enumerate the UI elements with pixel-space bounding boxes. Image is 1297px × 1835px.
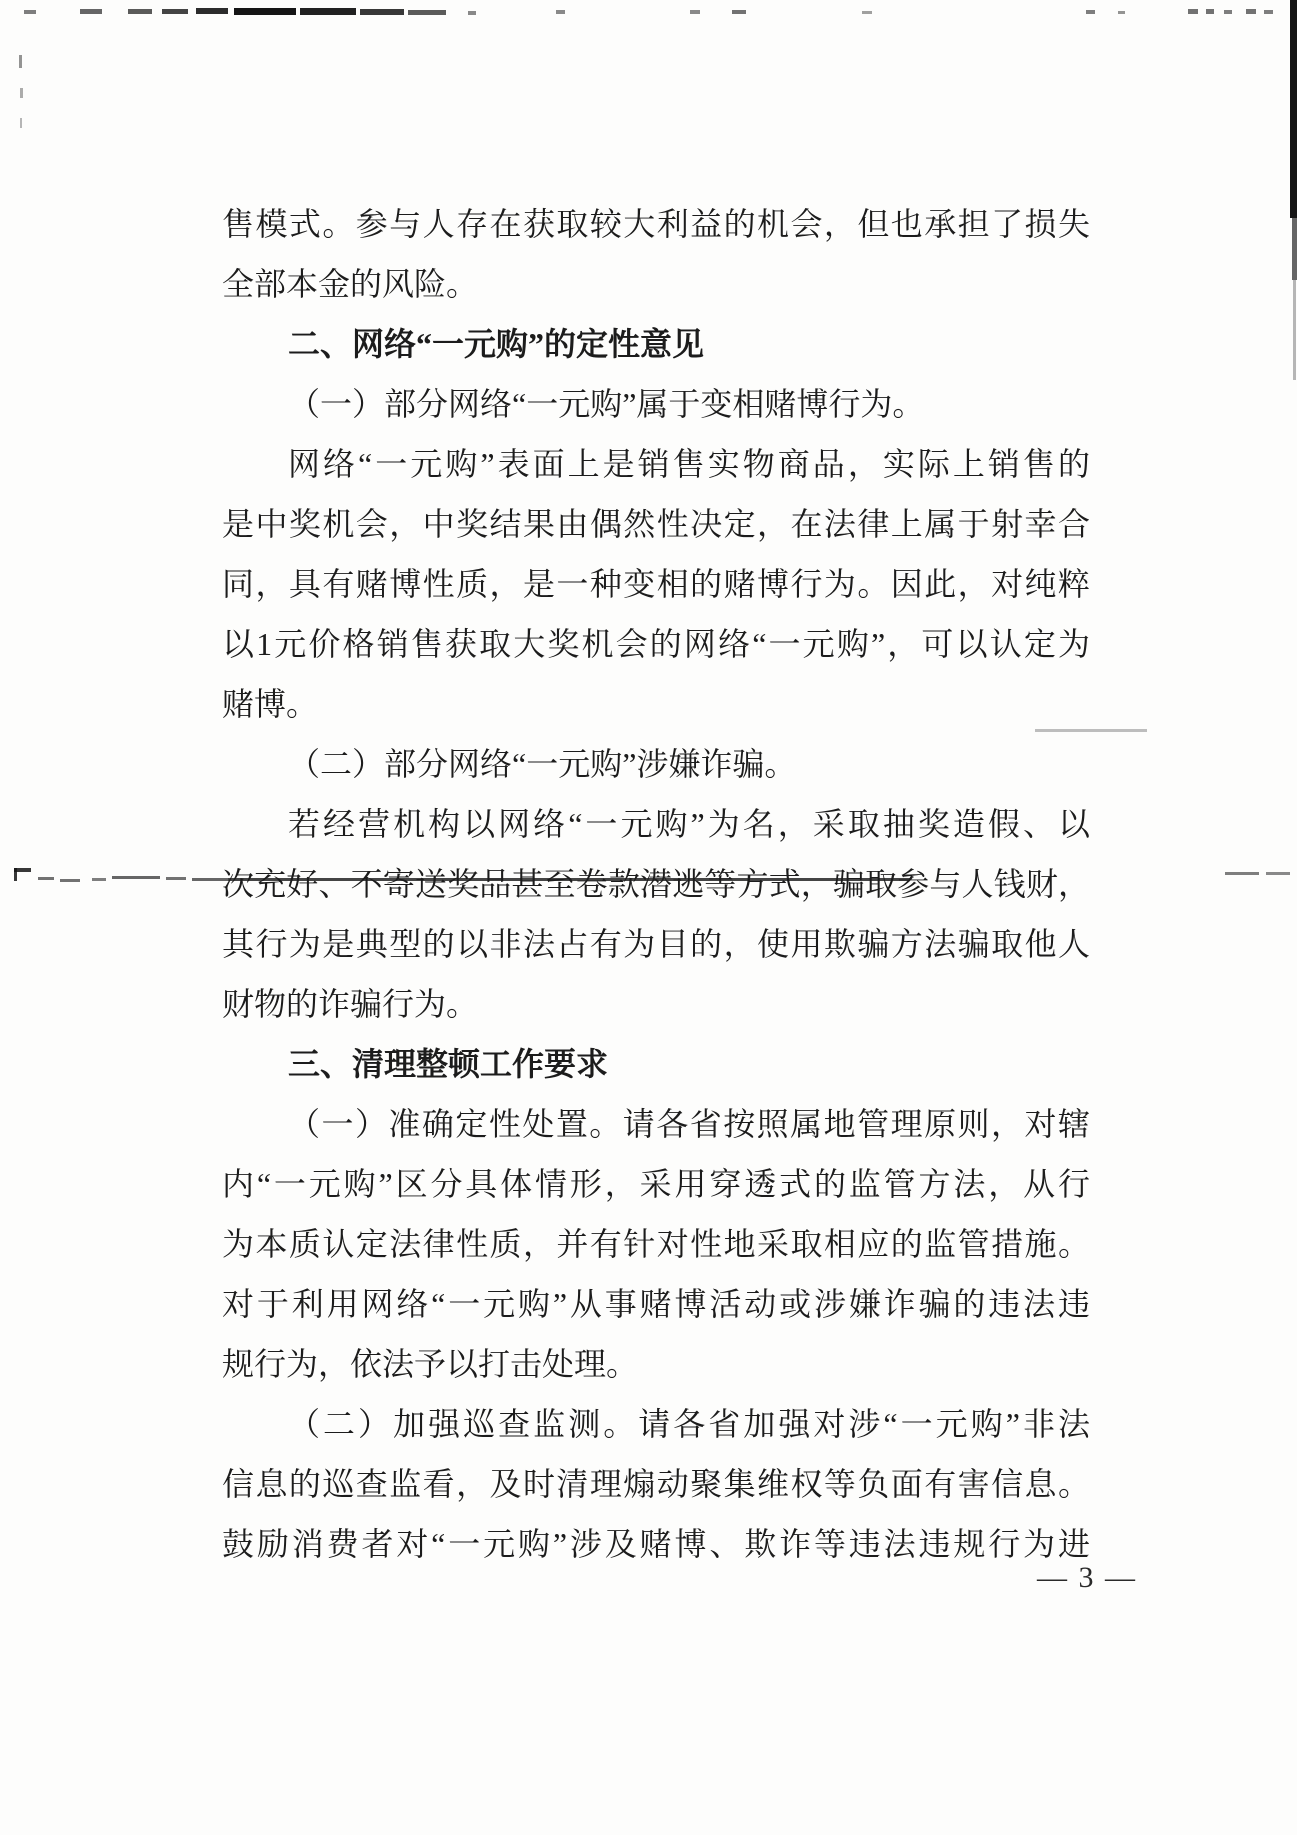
document-body: 售模式。参与人存在获取较大利益的机会，但也承担了损失全部本金的风险。二、网络“一…: [222, 194, 1090, 1574]
scan-artifact-top-dash: [1224, 10, 1232, 14]
text-line: 鼓励消费者对“一元购”涉及赌博、欺诈等违法违规行为进: [222, 1514, 1090, 1574]
scan-artifact-top-dash: [1206, 9, 1214, 14]
text-line: 若经营机构以网络“一元购”为名，采取抽奖造假、以: [222, 794, 1090, 854]
scan-artifact-top-dash: [234, 8, 296, 15]
text-line: （一）部分网络“一元购”属于变相赌博行为。: [222, 374, 1090, 434]
text-line: 以1元价格销售获取大奖机会的网络“一元购”，可以认定为: [222, 614, 1090, 674]
scan-artifact-left-tick: [19, 55, 22, 68]
text-line: 规行为，依法予以打击处理。: [222, 1334, 1090, 1394]
scan-artifact-strike-line: [166, 877, 186, 880]
scan-artifact-top-dash: [80, 9, 102, 14]
scan-artifact-top-dash: [24, 10, 36, 14]
scan-artifact-strike-line: [92, 878, 106, 881]
text-line: 是中奖机会，中奖结果由偶然性决定，在法律上属于射幸合: [222, 494, 1090, 554]
text-line: （二）加强巡查监测。请各省加强对涉“一元购”非法: [222, 1394, 1090, 1454]
scan-artifact-top-dash: [408, 10, 446, 15]
page-number: — 3 —: [1022, 1556, 1152, 1600]
text-line: 其行为是典型的以非法占有为目的，使用欺骗方法骗取他人: [222, 914, 1090, 974]
scan-artifact-strike-line: [14, 868, 17, 881]
text-line: 次充好、不寄送奖品甚至卷款潜逃等方式，骗取参与人钱财，: [222, 854, 1090, 914]
scan-artifact-left-tick: [20, 88, 23, 98]
text-line: 赌博。: [222, 674, 1090, 734]
scan-artifact-top-dash: [300, 8, 356, 15]
text-line: 售模式。参与人存在获取较大利益的机会，但也承担了损失: [222, 194, 1090, 254]
scan-artifact-strike-line: [1225, 872, 1259, 875]
scan-artifact-top-dash: [1118, 11, 1125, 14]
scan-artifact-strike-line: [38, 877, 54, 880]
scan-artifact-top-dash: [1264, 10, 1273, 14]
scan-artifact-right-bar: [1290, 0, 1297, 218]
scan-artifact-strike-line: [1266, 872, 1290, 875]
scan-artifact-strike-line: [60, 879, 80, 882]
text-line: 全部本金的风险。: [222, 254, 1090, 314]
text-line: 三、清理整顿工作要求: [222, 1034, 1090, 1094]
text-line: 为本质认定法律性质，并有针对性地采取相应的监管措施。: [222, 1214, 1090, 1274]
text-line: 同，具有赌博性质，是一种变相的赌博行为。因此，对纯粹: [222, 554, 1090, 614]
scan-artifact-top-dash: [196, 8, 228, 14]
text-line: 对于利用网络“一元购”从事赌博活动或涉嫌诈骗的违法违: [222, 1274, 1090, 1334]
scan-artifact-top-dash: [128, 9, 152, 14]
scan-artifact-top-dash: [556, 10, 565, 14]
scan-artifact-top-dash: [690, 10, 700, 14]
scanned-document-page: 售模式。参与人存在获取较大利益的机会，但也承担了损失全部本金的风险。二、网络“一…: [0, 0, 1297, 1835]
text-line: 内“一元购”区分具体情形，采用穿透式的监管方法，从行: [222, 1154, 1090, 1214]
scan-artifact-left-tick: [20, 118, 22, 128]
scan-artifact-top-dash: [1246, 9, 1256, 14]
scan-artifact-strike-line: [112, 876, 160, 879]
text-line: 网络“一元购”表面上是销售实物商品，实际上销售的: [222, 434, 1090, 494]
text-line: 信息的巡查监看，及时清理煽动聚集维权等负面有害信息。: [222, 1454, 1090, 1514]
scan-artifact-right-bar: [1293, 280, 1296, 380]
text-line: 二、网络“一元购”的定性意见: [222, 314, 1090, 374]
scan-artifact-top-dash: [862, 11, 872, 14]
scan-artifact-top-dash: [1086, 10, 1095, 14]
scan-artifact-top-dash: [732, 10, 746, 14]
scan-artifact-top-dash: [162, 9, 188, 14]
scan-artifact-right-bar: [1292, 218, 1297, 280]
text-line: （一）准确定性处置。请各省按照属地管理原则，对辖: [222, 1094, 1090, 1154]
text-line: 财物的诈骗行为。: [222, 974, 1090, 1034]
text-line: （二）部分网络“一元购”涉嫌诈骗。: [222, 734, 1090, 794]
scan-artifact-top-dash: [468, 11, 476, 15]
scan-artifact-top-dash: [360, 9, 404, 15]
scan-artifact-top-dash: [1188, 9, 1198, 14]
